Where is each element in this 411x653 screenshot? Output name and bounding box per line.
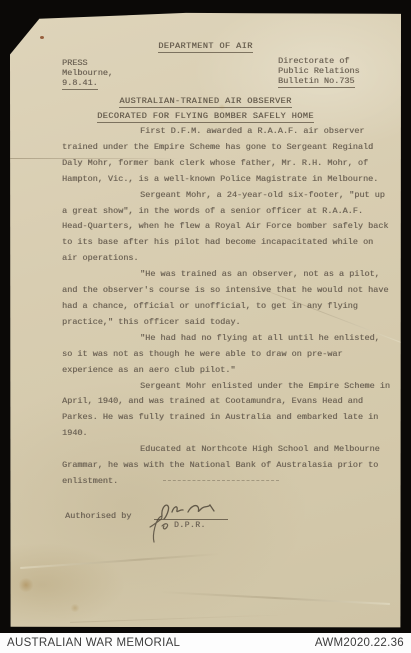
paragraph: Sergeant Mohr, a 24-year-old six-footer,… [62,188,392,268]
headline-line2: DECORATED FOR FLYING BOMBER SAFELY HOME [10,111,401,121]
directorate-line1: Directorate of [278,56,360,66]
paragraph: Educated at Northcote High School and Me… [62,442,392,490]
directorate-block: Directorate of Public Relations Bulletin… [278,56,360,86]
stain-spot [18,578,34,592]
press-date: 9.8.41. [62,78,98,90]
press-block: PRESS Melbourne, 9.8.41. [62,58,113,88]
headline-line2-text: DECORATED FOR FLYING BOMBER SAFELY HOME [97,111,314,123]
footer-bar: AUSTRALIAN WAR MEMORIAL AWM2020.22.36 [0,633,411,653]
paragraph: "He was trained as an observer, not as a… [62,267,392,331]
department-title-text: DEPARTMENT OF AIR [158,41,252,53]
crease-line [20,553,220,569]
article-body: First D.F.M. awarded a R.A.A.F. air obse… [62,124,392,490]
paragraph: Sergeant Mohr enlisted under the Empire … [62,379,392,443]
item-id: AWM2020.22.36 [315,637,404,649]
bulletin-number: Bulletin No.735 [278,76,355,88]
authorisation-block: Authorised by D.P.R. [65,502,285,548]
press-label: PRESS [62,58,113,68]
scan-background: DEPARTMENT OF AIR PRESS Melbourne, 9.8.4… [0,0,411,633]
crease-line [160,591,390,605]
crease-line [70,612,350,623]
headline-line1-text: AUSTRALIAN-TRAINED AIR OBSERVER [119,96,291,108]
archive-name: AUSTRALIAN WAR MEMORIAL [7,637,180,649]
directorate-line2: Public Relations [278,66,360,76]
stain-spot [70,604,80,612]
paragraph: First D.F.M. awarded a R.A.A.F. air obse… [62,124,392,188]
department-title: DEPARTMENT OF AIR [10,41,401,51]
paper-sheet: DEPARTMENT OF AIR PRESS Melbourne, 9.8.4… [10,12,401,628]
press-location: Melbourne, [62,68,113,78]
section-divider [163,480,279,481]
stain-spot [40,36,44,39]
authorised-by-label: Authorised by [65,511,131,521]
paragraph: "He had had no flying at all until he en… [62,331,392,379]
headline-line1: AUSTRALIAN-TRAINED AIR OBSERVER [10,96,401,106]
office-abbreviation: D.P.R. [174,521,206,530]
for-annotation-icon [146,514,172,544]
